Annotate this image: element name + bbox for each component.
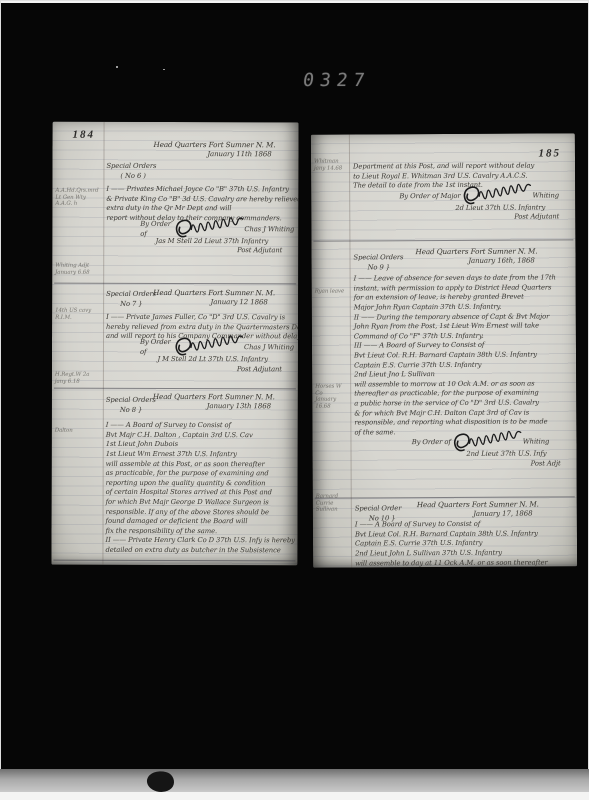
by-order-line: By Order of Major Whiting xyxy=(353,190,571,203)
margin-note: 14th US cavyR.I.M. xyxy=(55,308,101,321)
order-number: No 10 } xyxy=(355,514,402,524)
text-line: for which Bvt Majr George D Wallace Surg… xyxy=(106,498,294,508)
text-line: I —— Privates Michael Joyce Co "B" 37th … xyxy=(106,185,294,195)
text-line: I —— A Board of Survey to Consist of xyxy=(106,421,294,431)
order-label: Special Orders xyxy=(353,253,403,263)
text-line: 1st Lieut John Dubois xyxy=(106,440,294,450)
margin-rule xyxy=(102,122,104,565)
text-line: responsible. If any of the above Stores … xyxy=(106,507,294,517)
page-number: 185 xyxy=(538,149,561,159)
scanner-bed-strip xyxy=(0,769,589,792)
ledger-page-left: 184 A.A.Hd.Qrs.mrdLt Gen WtyA.A.G. h Whi… xyxy=(51,122,298,566)
text-line: will assemble to day at 11 Ock A.M. or a… xyxy=(355,558,573,568)
order-number: ( No 6 ) xyxy=(106,171,156,181)
signature-title: Post Adjt xyxy=(355,459,573,470)
entry-divider xyxy=(54,283,296,285)
margin-note: Dalton xyxy=(55,428,101,435)
text-line: II —— Private Henry Clark Co D 37th U.S.… xyxy=(105,536,293,546)
text-line: responsible, and reporting what disposit… xyxy=(354,417,572,428)
order-label-block: Special Order No 10 } xyxy=(355,504,402,523)
text-line: reporting upon the quality quantity & co… xyxy=(106,479,294,489)
order-number: No 9 } xyxy=(354,263,404,273)
text-line: detailed on extra duty as butcher in the… xyxy=(105,546,293,556)
text-line: jany 6.18 xyxy=(55,378,101,385)
order-label-block: Special Orders No 8 } xyxy=(106,396,156,415)
order-label-block: Special Orders No 7 } xyxy=(106,290,156,309)
margin-note: A.A.Hd.Qrs.mrdLt Gen WtyA.A.G. h xyxy=(55,188,101,208)
order-number: No 7 } xyxy=(106,299,156,309)
signature-title: Post Adjutant xyxy=(353,213,571,224)
scan-edge xyxy=(0,792,589,800)
text-line: of certain Hospital Stores arrived at th… xyxy=(106,488,294,498)
text-line: January 6.68 xyxy=(55,269,101,276)
margin-note: Ryan leave xyxy=(315,288,349,295)
page-number: 184 xyxy=(73,131,96,141)
text-line: Horses W Co xyxy=(315,383,349,396)
microfilm-scan: 0327 184 A.A.Hd.Qrs.mrdLt Gen WtyA.A.G. … xyxy=(0,0,589,800)
scan-speck xyxy=(116,66,118,68)
text-line: Ryan leave xyxy=(315,288,349,295)
margin-note: Whiting AdjtJanuary 6.68 xyxy=(55,263,101,276)
order-label: Special Order xyxy=(355,504,402,514)
by-order-line: By Order of Chas J Whiting xyxy=(106,342,294,354)
text-line: jany 14.68 xyxy=(314,165,348,172)
text-line: Dalton xyxy=(55,428,101,435)
margin-note: Whitmanjany 14.68 xyxy=(314,159,348,172)
order-label: Special Orders xyxy=(106,396,156,406)
by-order-line: By Order of Whiting xyxy=(354,437,572,450)
text-line: as practicable, for the purpose of exami… xyxy=(106,469,294,479)
text-line: Bvt Majr C.H. Dalton , Captain 3rd U.S. … xyxy=(106,431,294,441)
by-order-text: By Order of Major xyxy=(399,192,460,202)
order-entry: Head Quarters Fort Sumner N. M. January … xyxy=(355,499,573,567)
order-entry: Head Quarters Fort Sumner N. M. January … xyxy=(105,392,293,556)
text-line: R.I.M. xyxy=(55,314,101,321)
text-line: fix the responsibility of the same. xyxy=(105,527,293,537)
margin-note: Horses W CoJanuary 16.68 xyxy=(315,383,349,410)
text-line: will assemble at this Post, or as soon t… xyxy=(106,459,294,469)
by-order-line: By Order of Chas J Whiting xyxy=(106,223,294,235)
order-number: No 8 } xyxy=(106,405,156,415)
signature-title: Post Adjutant xyxy=(106,246,294,256)
text-line: 1st Lieut Wm Ernest 37th U.S. Infantry xyxy=(106,450,294,460)
text-line: A.A.G. h xyxy=(55,201,101,208)
entry-divider xyxy=(54,388,296,390)
entry-divider xyxy=(315,496,575,498)
order-label: Special Orders xyxy=(106,162,156,172)
order-label-block: Special Orders No 9 } xyxy=(353,253,403,272)
order-body: I —— A Board of Survey to Consist ofBvt … xyxy=(355,520,573,568)
text-line: & Private King Co "B" 3d U.S. Cavalry ar… xyxy=(106,195,294,205)
order-continuation: Department at this Post, and will report… xyxy=(353,161,571,223)
margin-note: BarnardCurrieSullivan xyxy=(316,493,350,513)
scan-speck xyxy=(163,69,165,70)
order-entry: Head Quarters Fort Sumner N. M. January … xyxy=(106,140,294,256)
order-body: I —— Leave of absence for seven days to … xyxy=(354,274,573,438)
text-line: II —— During the temporary absence of Ca… xyxy=(354,312,572,323)
entry-heading: Head Quarters Fort Sumner N. M. xyxy=(107,140,295,150)
entry-divider xyxy=(313,239,573,241)
ledger-page-right: 185 Whitmanjany 14.68 Ryan leave Horses … xyxy=(311,133,577,567)
frame-counter: 0327 xyxy=(302,70,372,91)
order-entry: Head Quarters Fort Sumner N. M. January … xyxy=(353,246,572,470)
text-line: instant, with permission to apply to Dis… xyxy=(354,283,572,294)
text-line: Sullivan xyxy=(316,507,350,514)
signature-title: Post Adjutant xyxy=(106,364,294,374)
order-body: I —— A Board of Survey to Consist ofBvt … xyxy=(105,421,293,556)
margin-note: H.Regt.W 2ajany 6.18 xyxy=(55,372,101,385)
entry-date: January 11th 1868 xyxy=(106,149,294,159)
order-label-block: Special Orders ( No 6 ) xyxy=(106,162,156,181)
by-order-text: By Order of xyxy=(412,438,451,448)
entry-divider xyxy=(53,560,295,562)
text-line: found damaged or deficient the Board wil… xyxy=(106,517,294,527)
text-line: I —— Private James Fuller, Co "D" 3rd U.… xyxy=(106,313,294,323)
text-line: January 16.68 xyxy=(315,397,349,410)
text-line: A.A.Hd.Qrs.mrd xyxy=(55,188,101,195)
order-label: Special Orders xyxy=(106,290,156,300)
order-entry: Head Quarters Fort Sumner N. M. January … xyxy=(106,288,294,375)
